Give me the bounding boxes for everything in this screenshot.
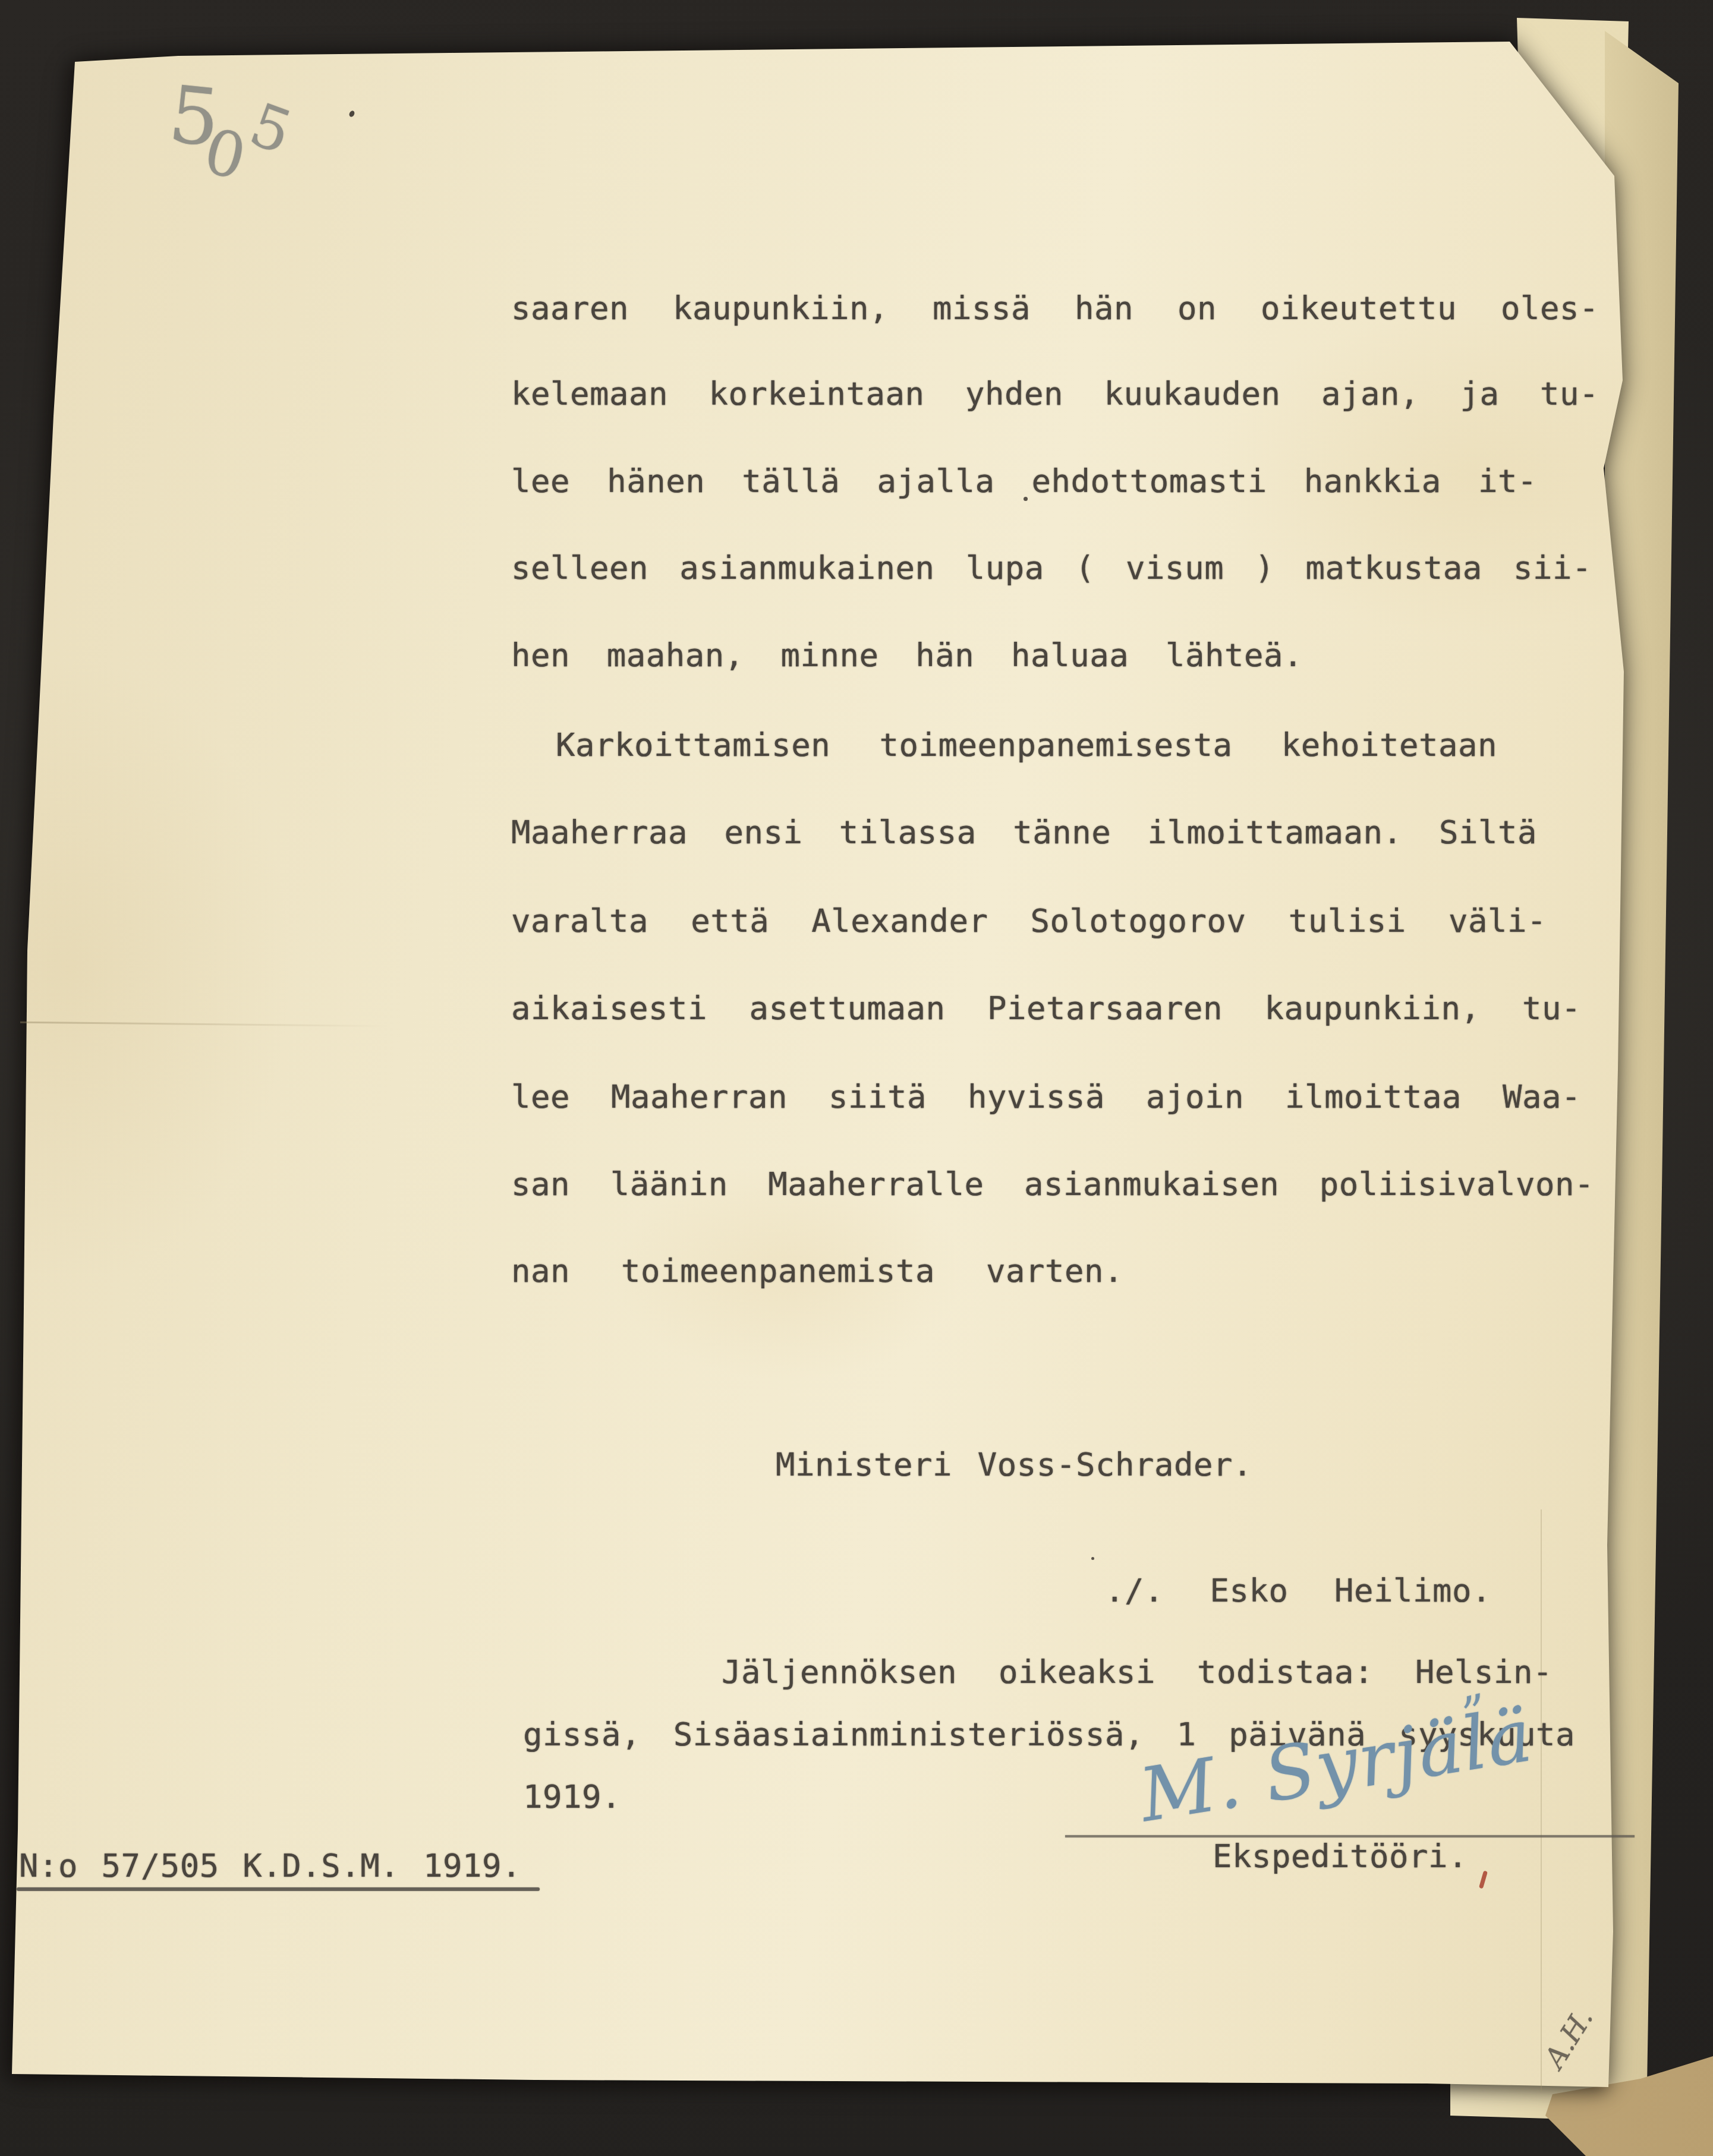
typewritten-line: N:o57/505K.D.S.M.1919.: [19, 1850, 521, 1882]
typewritten-line: MinisteriVoss-Schrader.: [776, 1449, 1252, 1481]
typewritten-line: nantoimeenpanemistavarten.: [511, 1255, 1123, 1287]
typewritten-line: 1919.: [523, 1781, 621, 1813]
typewritten-line: leeMaaherransiitähyvissäajoinilmoittaaWa…: [511, 1081, 1581, 1113]
archival-scan: 505 saarenkaupunkiin,missähänonoikeutett…: [0, 0, 1713, 2156]
typewritten-line: Jäljennöksenoikeaksitodistaa:Helsin-: [722, 1656, 1553, 1688]
typewritten-line: Karkoittamisentoimeenpanemisestakehoitet…: [556, 729, 1497, 761]
typewritten-line: henmaahan,minnehänhaluaalähteä.: [511, 639, 1303, 672]
typewritten-line: sanlääninMaaherralleasianmukaisenpoliisi…: [511, 1168, 1594, 1200]
ink-speck: [1024, 497, 1028, 501]
typewritten-line: selleenasianmukainenlupa(visum)matkustaa…: [511, 552, 1592, 584]
ink-speck: [1091, 1557, 1094, 1560]
typewritten-line: ./.EskoHeilimo.: [1105, 1575, 1491, 1607]
typewritten-line: leehänentälläajallaehdottomastihankkiait…: [511, 465, 1537, 497]
typewritten-line: varaltaettäAlexanderSolotogorovtulisiväl…: [511, 905, 1547, 937]
typewritten-line: aikaisestiasettumaanPietarsaarenkaupunki…: [511, 992, 1581, 1025]
typewritten-line: Ekspeditööri.: [1213, 1840, 1468, 1873]
reference-number-underline: [17, 1887, 540, 1891]
typewritten-line: Maaherraaensitilassatänneilmoittamaan.Si…: [511, 817, 1537, 849]
typewritten-line: saarenkaupunkiin,missähänonoikeutettuole…: [511, 292, 1599, 324]
typewritten-line: kelemaankorkeintaanyhdenkuukaudenajan,ja…: [511, 378, 1599, 410]
